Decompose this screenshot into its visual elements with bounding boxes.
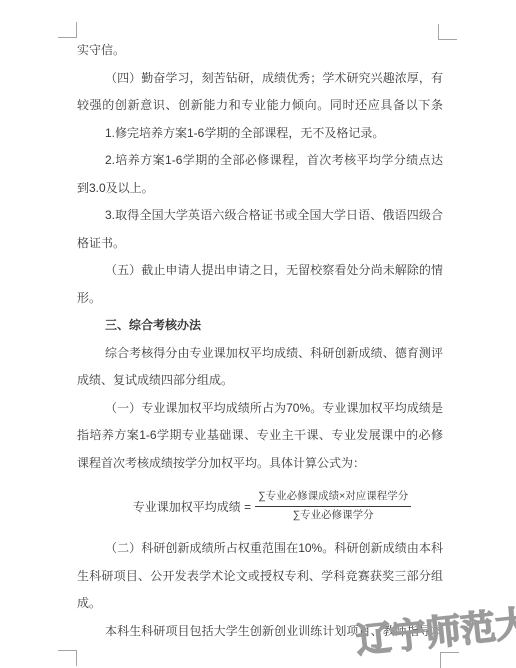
weighted-average-formula: 专业课加权平均成绩 = ∑专业必修课成绩×对应课程学分 ∑专业必修课学分	[77, 477, 443, 535]
formula-numerator: ∑专业必修课成绩×对应课程学分	[255, 490, 411, 507]
paragraph-line: 综合考核得分由专业课加权平均成绩、科研创新成绩、德育测评	[77, 340, 443, 368]
paragraph-line: 2.培养方案1-6学期的全部必修课程，首次考核平均学分绩点达	[77, 147, 443, 175]
paragraph-line: 本科生科研项目包括大学生创新创业训练计划项目、教师指导本	[77, 618, 443, 646]
paragraph-line: 3.取得全国大学英语六级合格证书或全国大学日语、俄语四级合	[77, 202, 443, 230]
paragraph-line: 较强的创新意识、创新能力和专业能力倾向。同时还应具备以下条件：	[77, 92, 443, 120]
formula-fraction: ∑专业必修课成绩×对应课程学分 ∑专业必修课学分	[255, 490, 411, 522]
paragraph-line: 到3.0及以上。	[77, 175, 443, 203]
paragraph-line: （一）专业课加权平均成绩所占为70%。专业课加权平均成绩是	[77, 395, 443, 423]
paragraph-line: （五）截止申请人提出申请之日，无留校察看处分尚未解除的情	[77, 257, 443, 285]
paragraph-line: 生科研项目、公开发表学术论文或授权专利、学科竞赛获奖三部分组	[77, 563, 443, 591]
paragraph-line: （二）科研创新成绩所占权重范围在10%。科研创新成绩由本科	[77, 535, 443, 563]
document-body: 实守信。 （四）勤奋学习，刻苦钻研，成绩优秀；学术研究兴趣浓厚，有 较强的创新意…	[77, 0, 443, 645]
paragraph-line: 成。	[77, 590, 443, 618]
formula-lhs: 专业课加权平均成绩 =	[133, 498, 251, 515]
paragraph-line: 成绩、复试成绩四部分组成。	[77, 367, 443, 395]
paragraph-line: 指培养方案1-6学期专业基础课、专业主干课、专业发展课中的必修	[77, 422, 443, 450]
formula-denominator: ∑专业必修课学分	[255, 507, 411, 523]
paragraph-line: 形。	[77, 285, 443, 313]
crop-mark-top-left	[58, 22, 77, 38]
section-heading: 三、综合考核办法	[77, 312, 443, 340]
paragraph-line: 实守信。	[77, 37, 443, 65]
paragraph-line: 课程首次考核成绩按学分加权平均。具体计算公式为：	[77, 450, 443, 478]
paragraph-line: （四）勤奋学习，刻苦钻研，成绩优秀；学术研究兴趣浓厚，有	[77, 65, 443, 93]
crop-mark-bottom-left	[58, 650, 77, 666]
document-page: 实守信。 （四）勤奋学习，刻苦钻研，成绩优秀；学术研究兴趣浓厚，有 较强的创新意…	[0, 0, 516, 668]
paragraph-line: 格证书。	[77, 230, 443, 258]
paragraph-line: 1.修完培养方案1-6学期的全部课程，无不及格记录。	[77, 120, 443, 148]
crop-mark-bottom-right	[440, 652, 459, 668]
